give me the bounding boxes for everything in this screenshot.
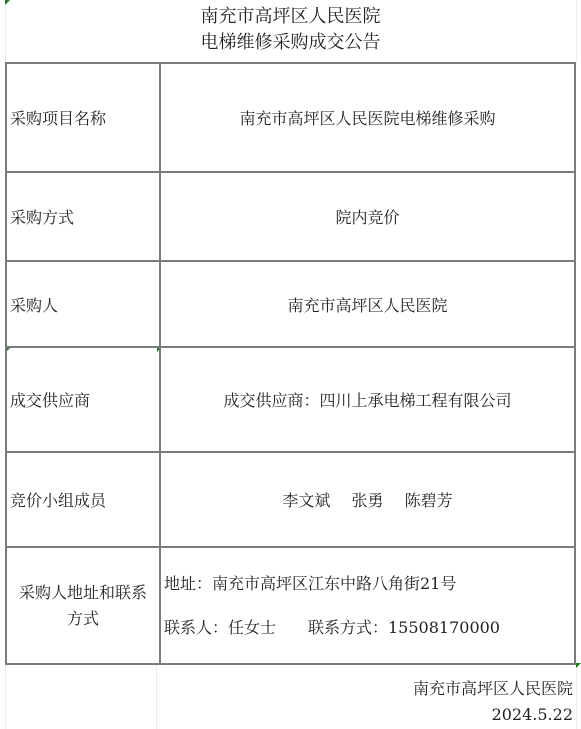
row-value: 院内竞价 (160, 172, 575, 261)
row-label: 采购人地址和联系方式 (6, 547, 160, 664)
row-value: 南充市高坪区人民医院 (160, 261, 575, 347)
cell-comment-marker (576, 663, 581, 668)
spacer (164, 597, 574, 615)
table-row: 采购项目名称 南充市高坪区人民医院电梯维修采购 (6, 63, 575, 172)
row-label: 采购人 (6, 261, 160, 347)
row-label: 采购项目名称 (6, 63, 160, 172)
sheet-gridline (156, 663, 157, 729)
row-value: 南充市高坪区人民医院电梯维修采购 (160, 63, 575, 172)
row-value: 地址：南充市高坪区江东中路八角街21号 联系人：任女士 联系方式：1550817… (160, 547, 575, 664)
footer-date: 2024.5.22 (413, 702, 573, 728)
announcement-table: 采购项目名称 南充市高坪区人民医院电梯维修采购 采购方式 院内竞价 采购人 南充… (5, 62, 576, 665)
sheet-gridline (5, 663, 6, 729)
address-contact-label: 采购人地址和联系方式 (15, 580, 151, 632)
row-label: 采购方式 (6, 172, 160, 261)
announcement-title: 南充市高坪区人民医院 电梯维修采购成交公告 (0, 4, 581, 56)
title-line-1: 南充市高坪区人民医院 (0, 4, 581, 30)
row-label: 竞价小组成员 (6, 452, 160, 547)
signature-block: 南充市高坪区人民医院 2024.5.22 (413, 676, 573, 728)
row-value: 李文斌 张勇 陈碧芳 (160, 452, 575, 547)
row-label: 成交供应商 (6, 347, 160, 452)
table-row: 竞价小组成员 李文斌 张勇 陈碧芳 (6, 452, 575, 547)
row-value: 成交供应商：四川上承电梯工程有限公司 (160, 347, 575, 452)
table-row: 采购方式 院内竞价 (6, 172, 575, 261)
title-line-2: 电梯维修采购成交公告 (0, 30, 581, 56)
footer-organization: 南充市高坪区人民医院 (413, 676, 573, 702)
sheet-gridline (576, 663, 577, 729)
address-line: 地址：南充市高坪区江东中路八角街21号 (164, 571, 574, 597)
table-row: 成交供应商 成交供应商：四川上承电梯工程有限公司 (6, 347, 575, 452)
table-row: 采购人 南充市高坪区人民医院 (6, 261, 575, 347)
contact-line: 联系人：任女士 联系方式：15508170000 (164, 615, 574, 641)
table-row: 采购人地址和联系方式 地址：南充市高坪区江东中路八角街21号 联系人：任女士 联… (6, 547, 575, 664)
